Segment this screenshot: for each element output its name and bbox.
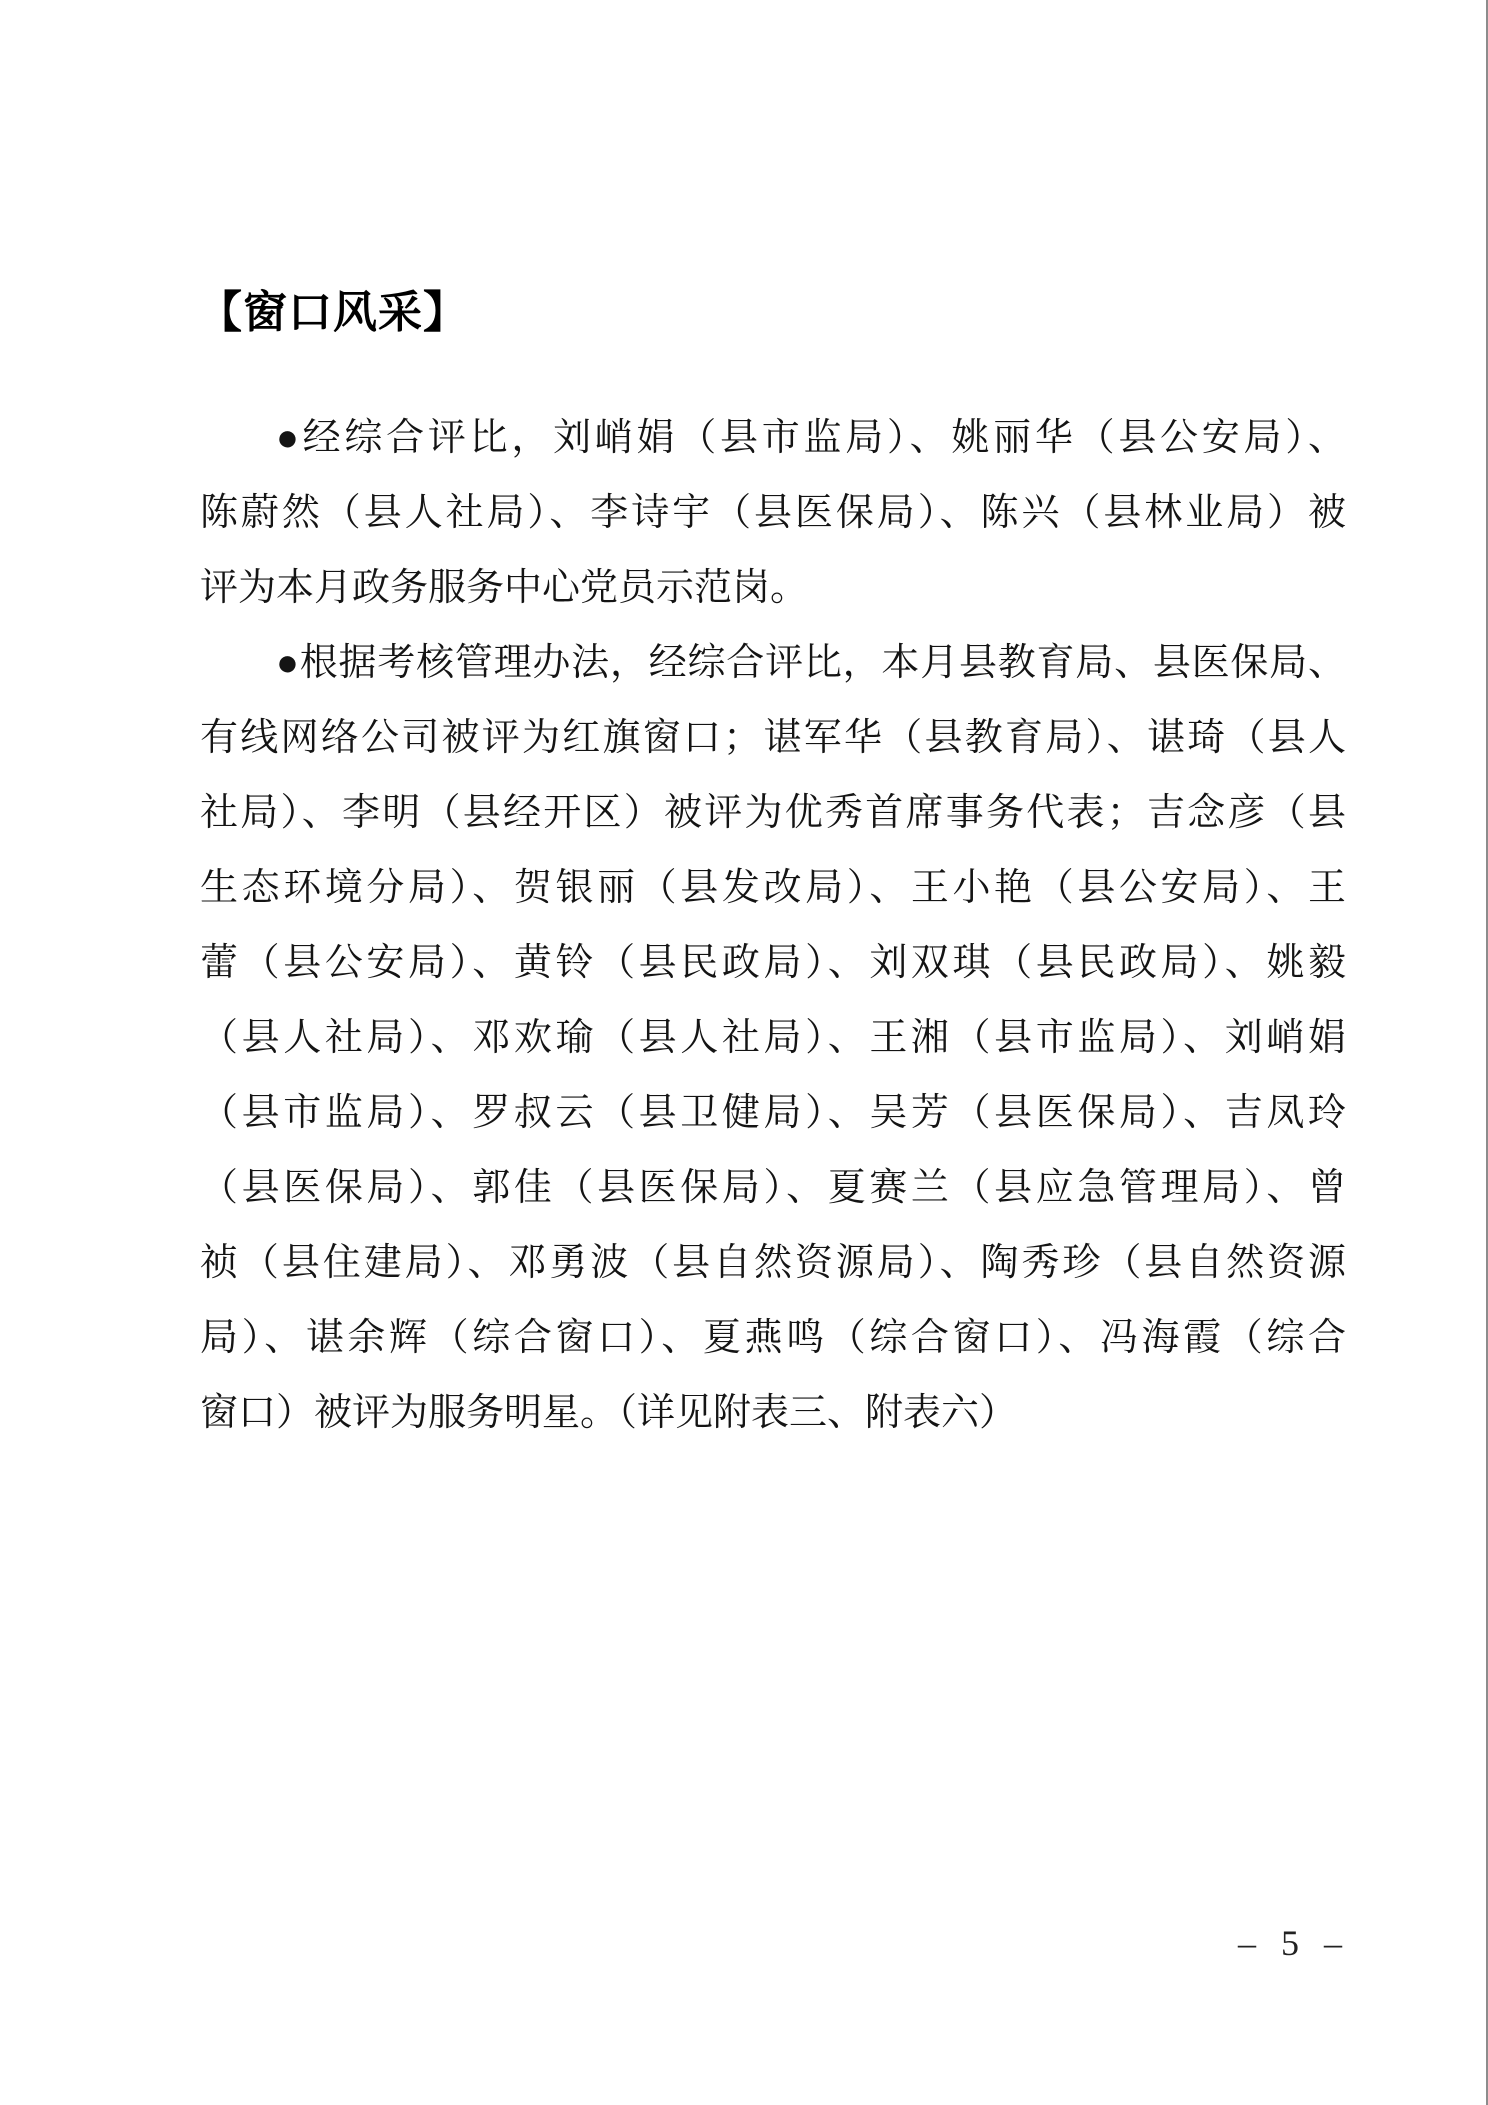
body-line: （县人社局）、邓欢瑜（县人社局）、王湘（县市监局）、刘峭娟 [200,1001,1346,1076]
body-line: 有线网络公司被评为红旗窗口；谌军华（县教育局）、谌琦（县人 [200,701,1346,776]
body-line: （县市监局）、罗叔云（县卫健局）、吴芳（县医保局）、吉凤玲 [200,1076,1346,1151]
body-line: 生态环境分局）、贺银丽（县发改局）、王小艳（县公安局）、王 [200,851,1346,926]
body-line: 祯（县住建局）、邓勇波（县自然资源局）、陶秀珍（县自然资源 [200,1226,1346,1301]
paragraph: ●经综合评比，刘峭娟（县市监局）、姚丽华（县公安局）、 陈蔚然（县人社局）、李诗… [200,401,1346,626]
page-number: – 5 – [1238,1922,1350,1964]
body-line: ●根据考核管理办法，经综合评比，本月县教育局、县医保局、 [200,626,1346,701]
body-line: 窗口）被评为服务明星。（详见附表三、附表六） [200,1376,1346,1451]
section-heading: 【窗口风采】 [198,276,468,340]
document-body: ●经综合评比，刘峭娟（县市监局）、姚丽华（县公安局）、 陈蔚然（县人社局）、李诗… [200,401,1346,1451]
body-line: 蕾（县公安局）、黄铃（县民政局）、刘双琪（县民政局）、姚毅 [200,926,1346,1001]
body-line: 局）、谌余辉（综合窗口）、夏燕鸣（综合窗口）、冯海霞（综合 [200,1301,1346,1376]
body-line: 陈蔚然（县人社局）、李诗宇（县医保局）、陈兴（县林业局）被 [200,476,1346,551]
body-line: （县医保局）、郭佳（县医保局）、夏赛兰（县应急管理局）、曾 [200,1151,1346,1226]
body-line: 社局）、李明（县经开区）被评为优秀首席事务代表；吉念彦（县 [200,776,1346,851]
body-line: ●经综合评比，刘峭娟（县市监局）、姚丽华（县公安局）、 [200,401,1346,476]
body-line: 评为本月政务服务中心党员示范岗。 [200,551,1346,626]
document-page: 【窗口风采】 ●经综合评比，刘峭娟（县市监局）、姚丽华（县公安局）、 陈蔚然（县… [0,0,1488,2105]
paragraph: ●根据考核管理办法，经综合评比，本月县教育局、县医保局、 有线网络公司被评为红旗… [200,626,1346,1451]
